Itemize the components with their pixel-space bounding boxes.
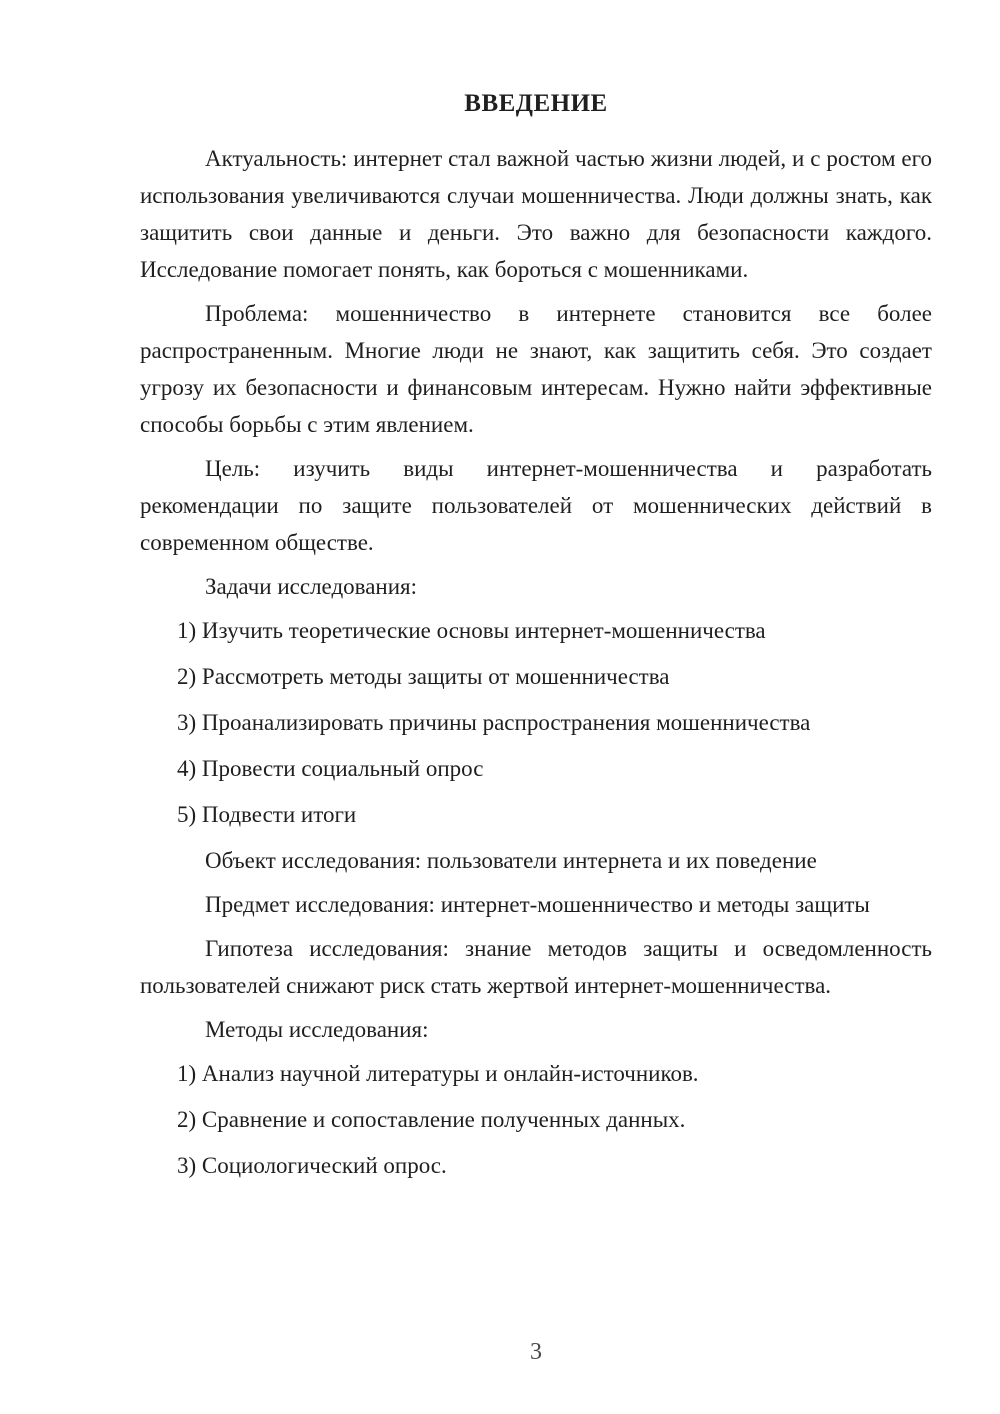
paragraph-goal: Цель: изучить виды интернет-мошенничеств…	[140, 450, 932, 561]
task-item-3: 3) Проанализировать причины распростране…	[177, 704, 932, 741]
task-item-4: 4) Провести социальный опрос	[177, 750, 932, 787]
hypothesis-line: Гипотеза исследования: знание методов за…	[140, 930, 932, 1004]
task-item-2: 2) Рассмотреть методы защиты от мошеннич…	[177, 658, 932, 695]
page-content: ВВЕДЕНИЕ Актуальность: интернет стал важ…	[140, 90, 932, 1193]
task-item-5: 5) Подвести итоги	[177, 796, 932, 833]
task-item-1: 1) Изучить теоретические основы интернет…	[177, 612, 932, 649]
method-item-2: 2) Сравнение и сопоставление полученных …	[177, 1101, 932, 1138]
document-page: ВВЕДЕНИЕ Актуальность: интернет стал важ…	[0, 0, 1000, 1414]
paragraph-problem: Проблема: мошенничество в интернете стан…	[140, 295, 932, 443]
method-item-3: 3) Социологический опрос.	[177, 1147, 932, 1184]
tasks-heading: Задачи исследования:	[140, 568, 932, 605]
page-number: 3	[140, 1339, 932, 1366]
object-line: Объект исследования: пользователи интерн…	[140, 842, 932, 879]
methods-heading: Методы исследования:	[140, 1011, 932, 1048]
paragraph-relevance: Актуальность: интернет стал важной часть…	[140, 140, 932, 288]
page-title: ВВЕДЕНИЕ	[140, 90, 932, 118]
method-item-1: 1) Анализ научной литературы и онлайн-ис…	[177, 1055, 932, 1092]
subject-line: Предмет исследования: интернет-мошенниче…	[140, 886, 932, 923]
